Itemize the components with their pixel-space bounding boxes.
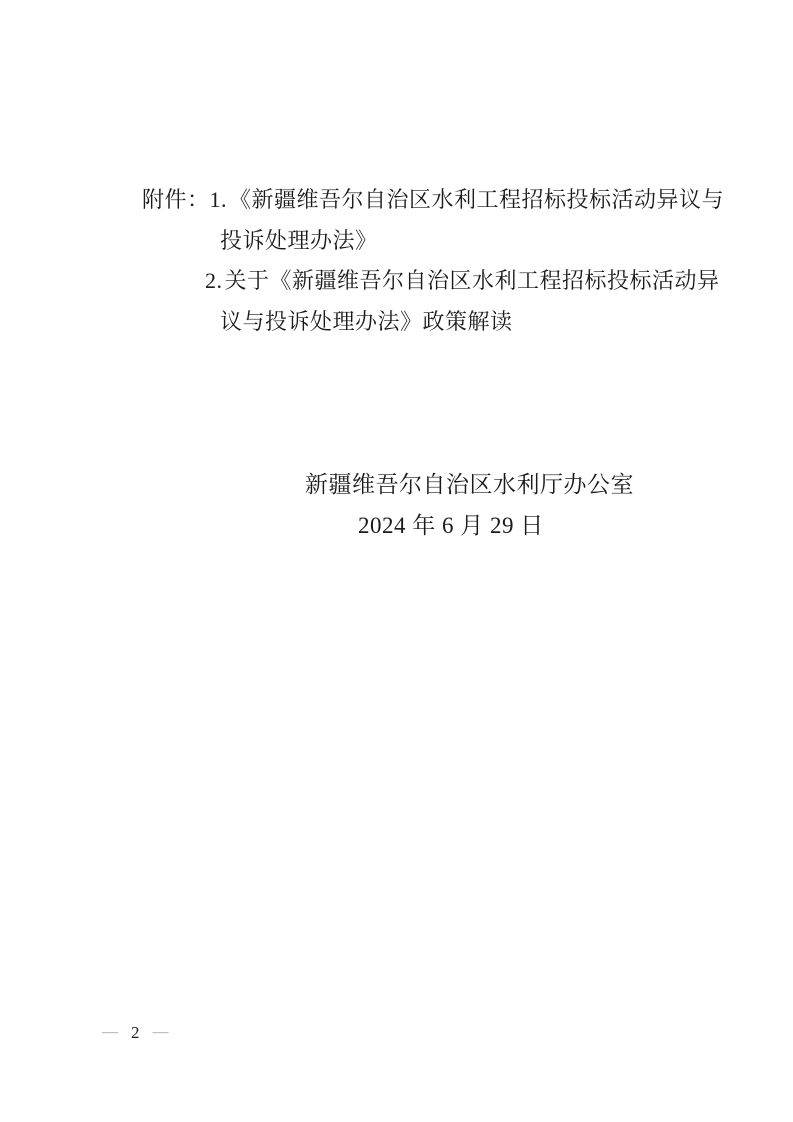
- attachment-label: 附件：: [142, 187, 210, 212]
- document-page: 附件：1.《新疆维吾尔自治区水利工程招标投标活动异议与 投诉处理办法》 2.关于…: [0, 0, 793, 1122]
- attachment-item-2-line-2: 议与投诉处理办法》政策解读: [220, 308, 513, 336]
- signature-date: 2024 年 6 月 29 日: [358, 512, 544, 540]
- signature-organization: 新疆维吾尔自治区水利厅办公室: [305, 471, 634, 499]
- page-number: — 2 —: [102, 1023, 169, 1043]
- attachment-item-1-line-1: 附件：1.《新疆维吾尔自治区水利工程招标投标活动异议与: [142, 186, 724, 214]
- attachment-item-1-text: 《新疆维吾尔自治区水利工程招标投标活动异议与: [229, 187, 724, 212]
- page-number-value: 2: [131, 1023, 140, 1043]
- attachment-item-1-line-2: 投诉处理办法》: [220, 227, 378, 255]
- attachment-item-2-number: 2.: [205, 268, 225, 293]
- attachment-item-1-number: 1.: [210, 187, 230, 212]
- attachment-item-2-line-1: 2.关于《新疆维吾尔自治区水利工程招标投标活动异: [205, 267, 720, 295]
- page-number-dash-right: —: [153, 1024, 169, 1042]
- page-number-dash-left: —: [102, 1024, 118, 1042]
- attachment-item-2-text: 关于《新疆维吾尔自治区水利工程招标投标活动异: [225, 268, 720, 293]
